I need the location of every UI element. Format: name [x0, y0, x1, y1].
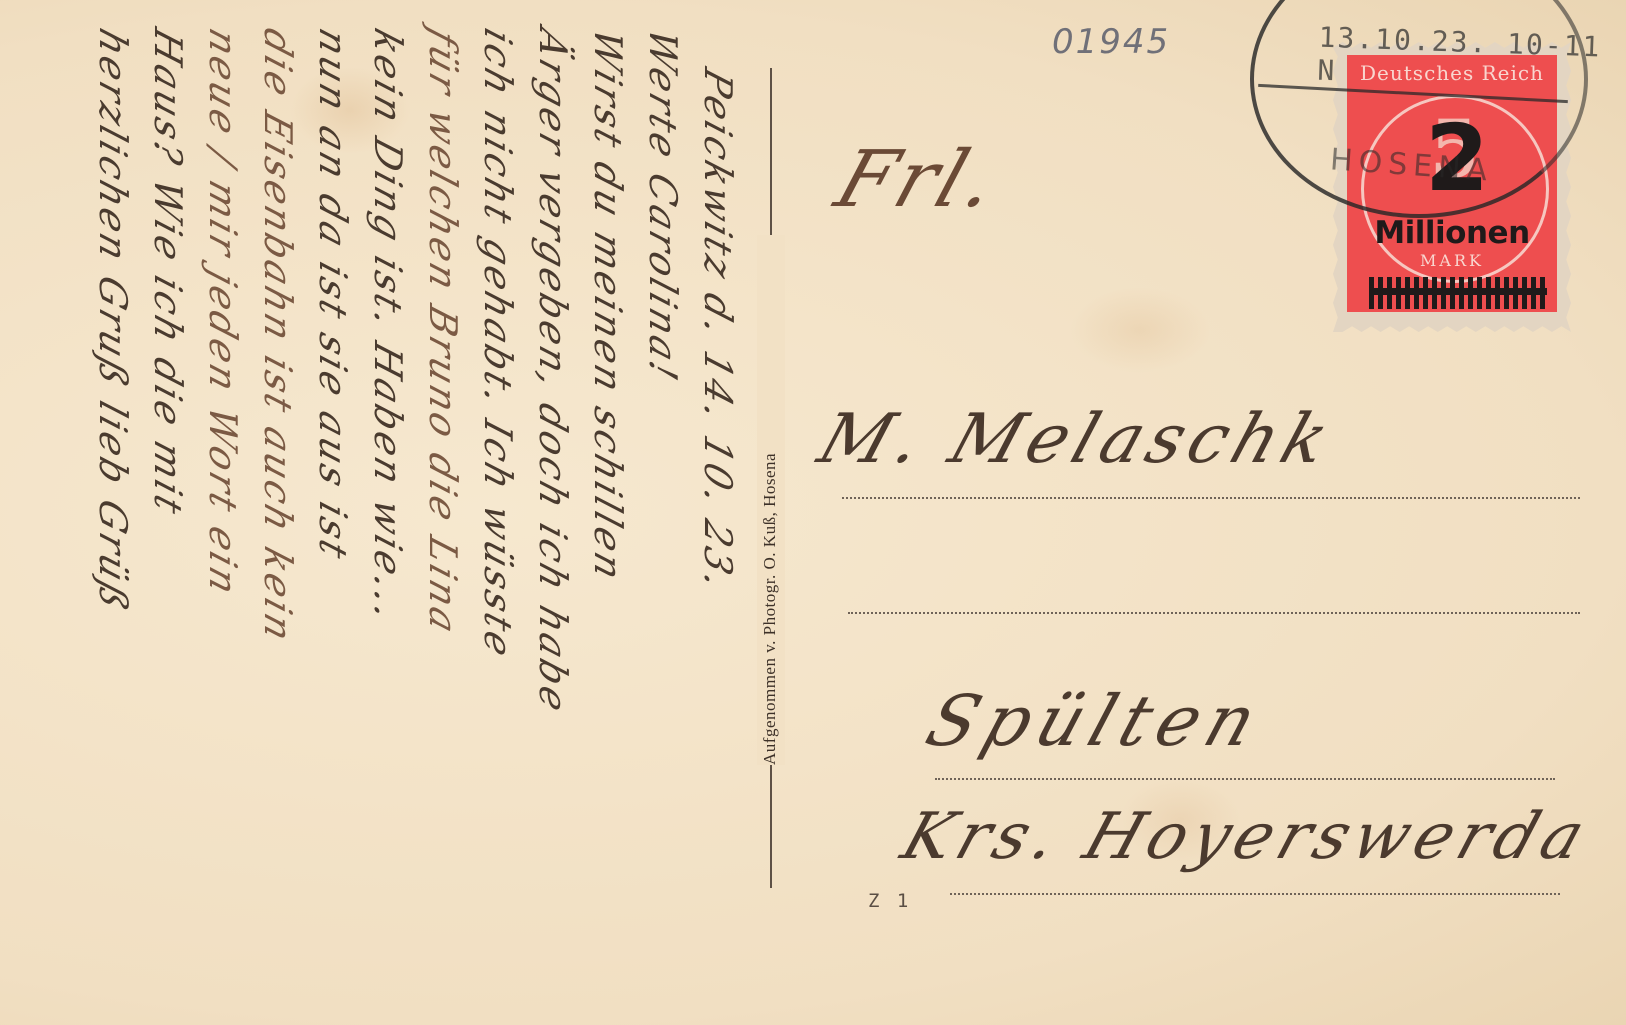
- message-line: die Eisenbahn ist auch kein: [250, 21, 305, 1025]
- address-salutation: Frl.: [825, 135, 1011, 225]
- address-name: M. Melaschk: [809, 400, 1344, 479]
- address-line-3: [935, 778, 1555, 780]
- handwritten-message: Peickwitz d. 14. 10. 23. Werte Carolina!…: [85, 20, 745, 1025]
- message-area: Peickwitz d. 14. 10. 23. Werte Carolina!…: [0, 0, 745, 1025]
- archive-number: 01945: [1052, 22, 1170, 62]
- message-line: Ärger vergeben, doch ich habe: [525, 21, 580, 1025]
- message-line: ich nicht gehabt. Ich wüsste: [470, 21, 525, 1025]
- address-district: Krs. Hoyerswerda: [893, 800, 1599, 874]
- message-line: herzlichen Gruß lieb Grüß: [85, 21, 140, 1025]
- message-line: Haus? Wie ich die mit: [140, 21, 195, 1025]
- message-line: nun an da ist sie aus ist: [305, 21, 360, 1025]
- stamp-currency: MARK: [1347, 251, 1557, 270]
- postcard: Peickwitz d. 14. 10. 23. Werte Carolina!…: [0, 0, 1626, 1025]
- message-date-line: Peickwitz d. 14. 10. 23.: [690, 21, 745, 1025]
- address-line-4: [950, 893, 1560, 895]
- print-mark: Z 1: [868, 890, 911, 912]
- photographer-credit: Aufgenommen v. Photogr. O. Kuß, Hosena: [760, 453, 780, 765]
- postmark-date: 13.10.23. 10-11 N: [1317, 21, 1626, 98]
- message-line: Werte Carolina!: [635, 21, 690, 1025]
- message-line: kein Ding ist. Haben wie...: [360, 21, 415, 1025]
- address-line-2: [848, 612, 1580, 614]
- address-town: Spülten: [917, 680, 1275, 762]
- stamp-cancel-bars: [1369, 277, 1547, 309]
- message-line: neue / mir jeden Wort ein: [195, 21, 250, 1025]
- address-line-1: [842, 497, 1580, 499]
- message-line: Wirst du meinen schillen: [580, 21, 635, 1025]
- message-line: für welchen Bruno die Lina: [415, 21, 470, 1025]
- stamp-overprint-unit: Millionen: [1347, 215, 1557, 251]
